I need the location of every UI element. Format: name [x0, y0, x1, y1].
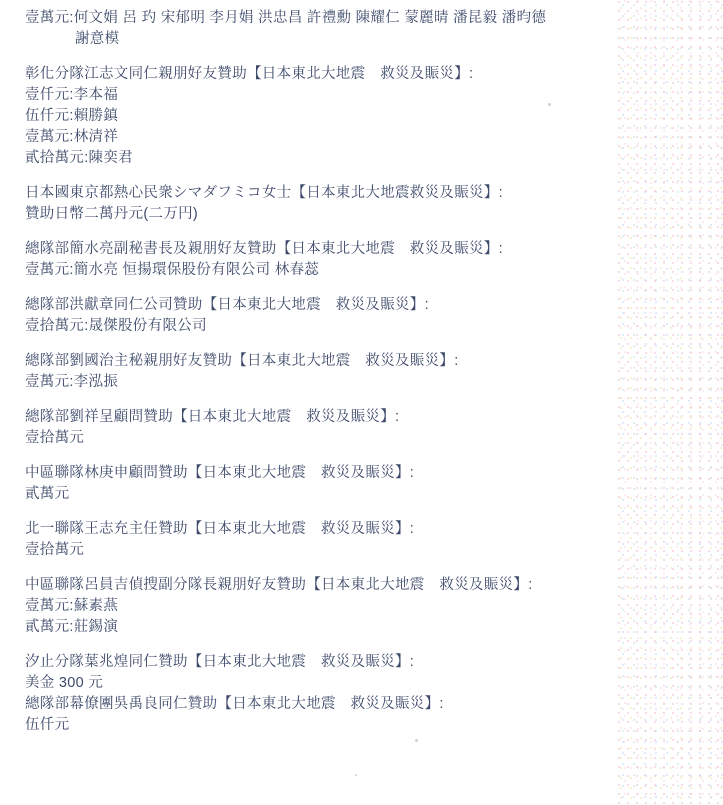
doc-line: 貳拾萬元:陳奕君	[25, 148, 625, 169]
donation-list: 壹萬元:何文娟 呂 玓 宋郁明 李月娟 洪忠昌 許禮勳 陳耀仁 蒙麗晴 潘昆毅 …	[25, 8, 625, 750]
doc-line: 中區聯隊林庚申顧問贊助【日本東北大地震 救災及賑災】:	[25, 463, 625, 484]
doc-line: 美金 300 元	[25, 673, 625, 694]
donation-block: 北一聯隊王志充主任贊助【日本東北大地震 救災及賑災】: 壹拾萬元	[25, 519, 625, 561]
donation-block: 總隊部劉國治主秘親朋好友贊助【日本東北大地震 救災及賑災】: 壹萬元:李泓振	[25, 351, 625, 393]
doc-line: 謝意模	[25, 29, 625, 50]
donation-block: 汐止分隊葉兆煌同仁贊助【日本東北大地震 救災及賑災】: 美金 300 元 總隊部…	[25, 652, 625, 736]
scan-speck	[415, 739, 418, 742]
doc-line: 壹萬元:李泓振	[25, 372, 625, 393]
doc-line: 伍仟元	[25, 715, 625, 736]
doc-line: 總隊部簡水亮副秘書長及親朋好友贊助【日本東北大地震 救災及賑災】:	[25, 239, 625, 260]
doc-line: 壹萬元:蘇素燕	[25, 596, 625, 617]
doc-line: 壹仟元:李本福	[25, 85, 625, 106]
scan-speck	[355, 774, 357, 776]
doc-line: 總隊部幕僚團吳禹良同仁贊助【日本東北大地震 救災及賑災】:	[25, 694, 625, 715]
doc-line: 貳萬元:莊錫演	[25, 617, 625, 638]
scan-halftone-texture	[617, 0, 723, 805]
scan-speck	[548, 103, 551, 106]
donation-block: 中區聯隊林庚申顧問贊助【日本東北大地震 救災及賑災】: 貳萬元	[25, 463, 625, 505]
doc-line: 彰化分隊江志文同仁親朋好友贊助【日本東北大地震 救災及賑災】:	[25, 64, 625, 85]
doc-line: 汐止分隊葉兆煌同仁贊助【日本東北大地震 救災及賑災】:	[25, 652, 625, 673]
donation-block: 總隊部洪獻章同仁公司贊助【日本東北大地震 救災及賑災】: 壹拾萬元:晟傑股份有限…	[25, 295, 625, 337]
donation-block: 總隊部劉祥呈顧問贊助【日本東北大地震 救災及賑災】: 壹拾萬元	[25, 407, 625, 449]
doc-line: 伍仟元:賴勝鎮	[25, 106, 625, 127]
donation-block: 壹萬元:何文娟 呂 玓 宋郁明 李月娟 洪忠昌 許禮勳 陳耀仁 蒙麗晴 潘昆毅 …	[25, 8, 625, 50]
doc-line: 壹萬元:林清祥	[25, 127, 625, 148]
donation-block: 彰化分隊江志文同仁親朋好友贊助【日本東北大地震 救災及賑災】: 壹仟元:李本福 …	[25, 64, 625, 169]
doc-line: 中區聯隊呂員吉偵搜副分隊長親朋好友贊助【日本東北大地震 救災及賑災】:	[25, 575, 625, 596]
doc-line: 壹萬元:簡水亮 恒揚環保股份有限公司 林春蕊	[25, 260, 625, 281]
scanned-document-page: 壹萬元:何文娟 呂 玓 宋郁明 李月娟 洪忠昌 許禮勳 陳耀仁 蒙麗晴 潘昆毅 …	[0, 0, 723, 805]
doc-line: 贊助日幣二萬丹元(二万円)	[25, 204, 625, 225]
donation-block: 中區聯隊呂員吉偵搜副分隊長親朋好友贊助【日本東北大地震 救災及賑災】: 壹萬元:…	[25, 575, 625, 638]
doc-line: 日本國東京都熱心民衆シマダフミコ女士【日本東北大地震救災及賑災】:	[25, 183, 625, 204]
doc-line: 總隊部劉國治主秘親朋好友贊助【日本東北大地震 救災及賑災】:	[25, 351, 625, 372]
doc-line: 總隊部洪獻章同仁公司贊助【日本東北大地震 救災及賑災】:	[25, 295, 625, 316]
donation-block: 日本國東京都熱心民衆シマダフミコ女士【日本東北大地震救災及賑災】: 贊助日幣二萬…	[25, 183, 625, 225]
doc-line: 壹拾萬元:晟傑股份有限公司	[25, 316, 625, 337]
doc-line: 北一聯隊王志充主任贊助【日本東北大地震 救災及賑災】:	[25, 519, 625, 540]
doc-line: 壹拾萬元	[25, 428, 625, 449]
donation-block: 總隊部簡水亮副秘書長及親朋好友贊助【日本東北大地震 救災及賑災】: 壹萬元:簡水…	[25, 239, 625, 281]
doc-line: 總隊部劉祥呈顧問贊助【日本東北大地震 救災及賑災】:	[25, 407, 625, 428]
doc-line: 壹萬元:何文娟 呂 玓 宋郁明 李月娟 洪忠昌 許禮勳 陳耀仁 蒙麗晴 潘昆毅 …	[25, 8, 625, 29]
doc-line: 貳萬元	[25, 484, 625, 505]
doc-line: 壹拾萬元	[25, 540, 625, 561]
